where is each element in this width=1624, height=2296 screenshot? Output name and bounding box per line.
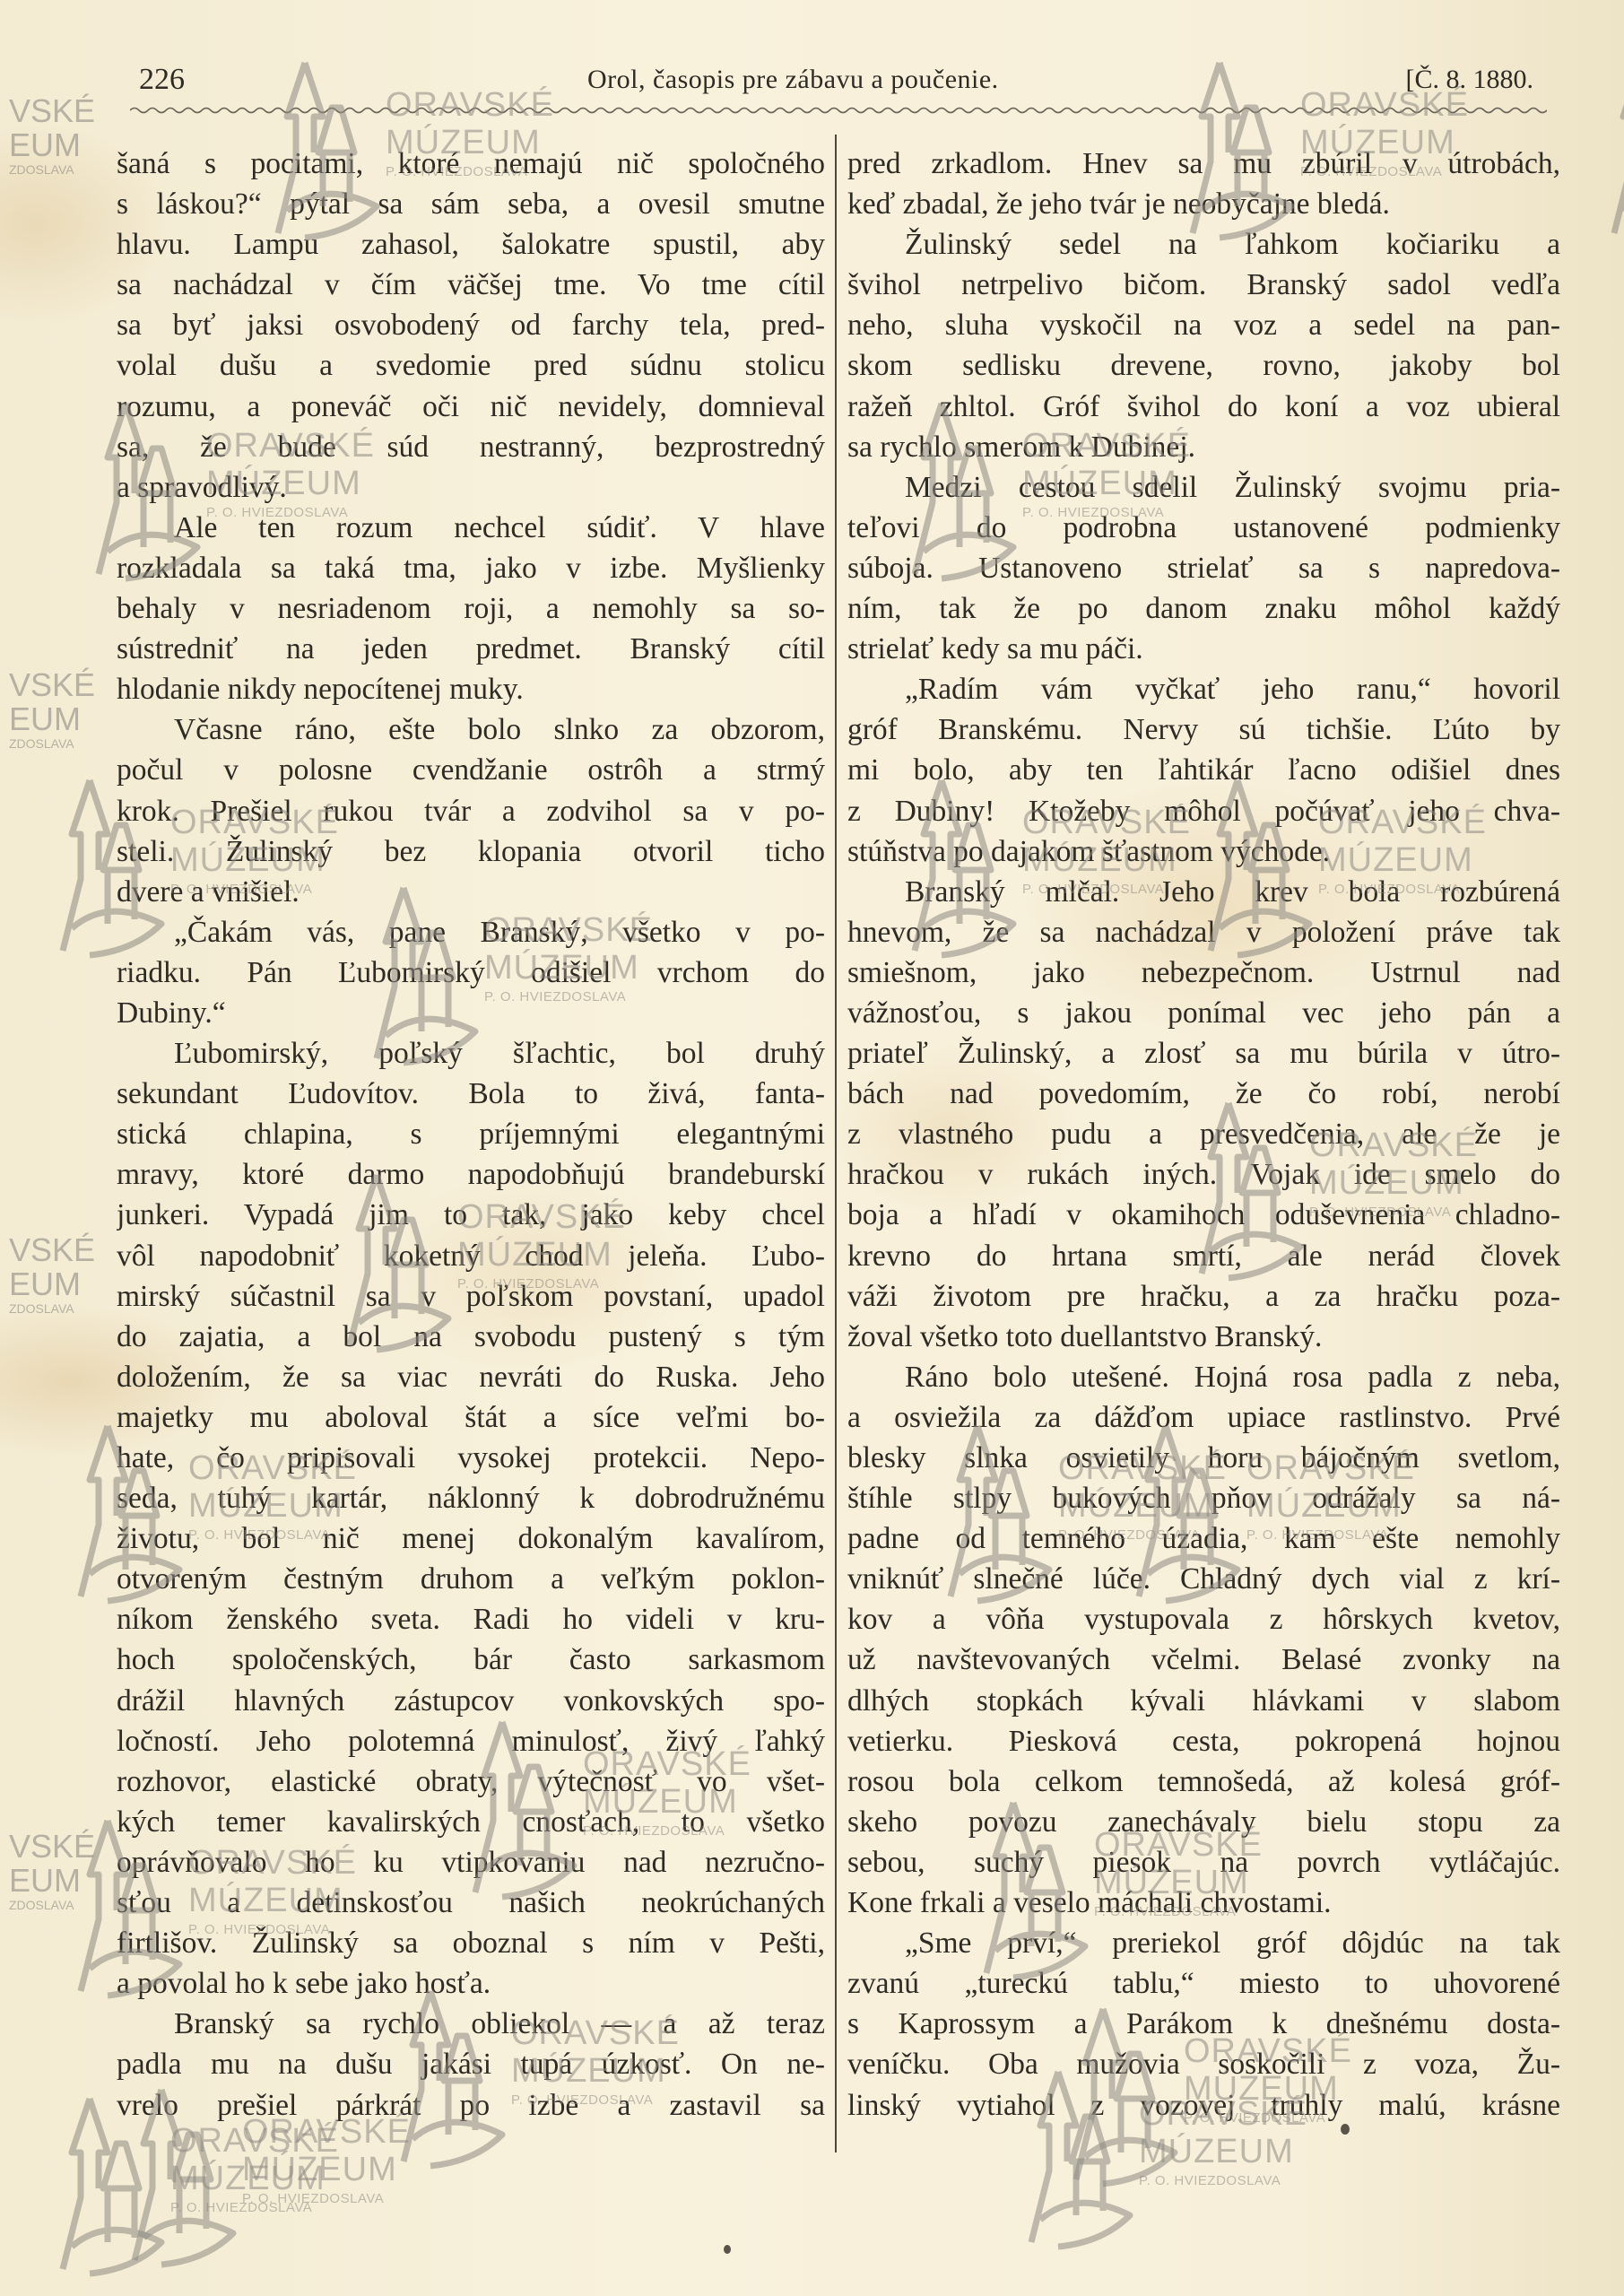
text-line: Branský sa rychlo obliekol — a až teraz [117, 2004, 825, 2044]
text-line: súboja. Ustanoveno strielať sa s napredo… [847, 548, 1560, 588]
text-line: gróf Branskému. Nervy sú tichšie. Ľúto b… [847, 709, 1560, 750]
text-line: Ráno bolo utešené. Hojná rosa padla z ne… [847, 1357, 1560, 1397]
ink-spot [724, 2245, 731, 2254]
text-line: „Radím vám vyčkať jeho ranu,“ hovoril [847, 669, 1560, 709]
text-line: padla mu na dušu jakási tupá úzkosť. On … [117, 2044, 825, 2084]
text-line: Dubiny.“ [117, 993, 825, 1033]
text-line: sekundant Ľudovítov. Bola to živá, fanta… [117, 1074, 825, 1114]
text-line: padne od temného úzadia, kam ešte nemohl… [847, 1518, 1560, 1559]
text-line: sa nachádzal v čím väčšej tme. Vo tme cí… [117, 265, 825, 305]
text-line: váži životom pre hračku, a za hračku poz… [847, 1276, 1560, 1317]
text-line: rosou bola celkom temnošedá, až kolesá g… [847, 1761, 1560, 1802]
text-line: vôl napodobniť koketný chod jeleňa. Ľubo… [117, 1236, 825, 1276]
text-column-right: pred zrkadlom. Hnev sa mu zbúril v útrob… [847, 143, 1560, 2126]
text-line: sťou a detinskosťou našich neokrúchaných [117, 1883, 825, 1923]
text-line: hate, čo pripisovali vysokej protekcii. … [117, 1438, 825, 1478]
issue-reference: [Č. 8. 1880. [1406, 65, 1534, 95]
text-line: sa byť jaksi osvobodený od farchy tela, … [117, 305, 825, 345]
text-line: žoval všetko toto duellantstvo Branský. [847, 1317, 1560, 1357]
text-line: mi bolo, aby ten ľahtikár ľacno odišiel … [847, 750, 1560, 790]
text-line: hlavu. Lampu zahasol, šalokatre spustil,… [117, 224, 825, 265]
text-line: sústredniť na jeden predmet. Branský cít… [117, 629, 825, 669]
text-line: bách nad povedomím, že čo robí, nerobí [847, 1074, 1560, 1114]
text-line: kých temer kavalirských cnosťach, to vše… [117, 1802, 825, 1842]
text-line: vniknúť slnečné lúče. Chladný dych vial … [847, 1559, 1560, 1599]
text-line: z vlastného pudu a presvedčenia, ale že … [847, 1114, 1560, 1154]
text-line: počul v polosne cvendžanie ostrôh a strm… [117, 750, 825, 790]
text-line: teľovi do podrobna ustanovené podmienky [847, 508, 1560, 548]
text-line: hračkou v rukách iných. Vojak ide smelo … [847, 1154, 1560, 1195]
text-line: Medzi cestou sdelil Žulinský svojmu pria… [847, 467, 1560, 508]
text-line: ním, tak že po danom znaku môhol každý [847, 588, 1560, 629]
text-line: a spravodlivý. [117, 467, 825, 508]
text-line: mravy, ktoré darmo napodobňujú brandebur… [117, 1154, 825, 1195]
wavy-divider [130, 106, 1547, 115]
text-line: steli. Žulinský bez klopania otvoril tic… [117, 831, 825, 872]
text-line: Žulinský sedel na ľahkom kočiariku a [847, 224, 1560, 265]
text-line: stúňstva po dajakom šťastnom východe. [847, 831, 1560, 872]
text-line: Kone frkali a veselo máchali chvostami. [847, 1883, 1560, 1923]
text-line: sebou, suchý piesok na povrch vytláčajúc… [847, 1842, 1560, 1883]
text-line: štíhle stlpy bukových pňov odrážaly sa n… [847, 1478, 1560, 1518]
text-line: vrelo prešiel párkrát po izbe a zastavil… [117, 2085, 825, 2126]
text-line: „Čakám vás, pane Branský, všetko v po- [117, 912, 825, 952]
text-line: krevno do hrtana smrtí, ale nerád človek [847, 1236, 1560, 1276]
text-line: šaná s pocitami, ktoré nemajú nič spoloč… [117, 143, 825, 184]
text-line: už navštevovaných včelmi. Belasé zvonky … [847, 1639, 1560, 1680]
text-line: rozumu, a poneváč oči nič nevidely, domn… [117, 387, 825, 427]
page-header: 226 Orol, časopis pre zábavu a poučenie.… [139, 63, 1551, 108]
text-line: krok. Prešiel rukou tvár a zodvihol sa v… [117, 791, 825, 831]
text-line: smiešnom, jako nebezpečnom. Ustrnul nad [847, 952, 1560, 993]
page-number: 226 [139, 63, 185, 97]
text-line: strielať kedy sa mu páči. [847, 629, 1560, 669]
text-line: linský vytiahol z vozovej truhly malú, k… [847, 2085, 1560, 2126]
text-line: neho, sluha vyskočil na voz a sedel na p… [847, 305, 1560, 345]
text-line: Ľubomirský, poľský šľachtic, bol druhý [117, 1033, 825, 1074]
text-line: dlhých stopkách kývali hlávkami v slabom [847, 1681, 1560, 1721]
text-line: zvanú „tureckú tablu,“ miesto to uhovore… [847, 1963, 1560, 2004]
text-line: rozkladala sa taká tma, jako v izbe. Myš… [117, 548, 825, 588]
text-line: hlodanie nikdy nepocítenej muky. [117, 669, 825, 709]
text-line: z Dubiny! Ktožeby môhol počúvať jeho chv… [847, 791, 1560, 831]
text-line: dvere a vnišiel. [117, 872, 825, 912]
text-line: mirský súčastnil sa v poľskom povstaní, … [117, 1276, 825, 1317]
text-line: blesky slnka osvietily horu bájočným sve… [847, 1438, 1560, 1478]
text-line: seda, tuhý kartár, náklonný k dobrodružn… [117, 1478, 825, 1518]
text-line: sa rychlo smerom k Dubinej. [847, 427, 1560, 467]
text-line: veníčku. Oba mužovia soskočili z voza, Ž… [847, 2044, 1560, 2084]
running-title: Orol, časopis pre zábavu a poučenie. [587, 65, 999, 95]
text-line: hnevom, že sa nachádzal v položení práve… [847, 912, 1560, 952]
text-line: keď zbadal, že jeho tvár je neobyčajne b… [847, 184, 1560, 224]
text-line: majetky mu aboloval štát a síce veľmi bo… [117, 1397, 825, 1438]
text-line: rozhovor, elastické obraty, výtečnosť vo… [117, 1761, 825, 1802]
text-line: „Sme prví,“ preriekol gróf dôjdúc na tak [847, 1923, 1560, 1963]
text-line: stická chlapina, s príjemnými elegantným… [117, 1114, 825, 1154]
text-line: ražeň zhltol. Gróf švihol do koní a voz … [847, 387, 1560, 427]
text-line: skom sedlisku drevene, rovno, jakoby bol [847, 345, 1560, 386]
text-line: s láskou?“ pýtal sa sám seba, a ovesil s… [117, 184, 825, 224]
text-line: sa, že bude súd nestranný, bezprostredný [117, 427, 825, 467]
text-line: doložením, že sa viac nevráti do Ruska. … [117, 1357, 825, 1397]
text-line: boja a hľadí v okamihoch oduševnenia chl… [847, 1195, 1560, 1235]
text-column-left: šaná s pocitami, ktoré nemajú nič spoloč… [117, 143, 825, 2126]
text-line: švihol netrpelivo bičom. Branský sadol v… [847, 265, 1560, 305]
text-line: kov a vôňa vystupovala z hôrskych kvetov… [847, 1599, 1560, 1639]
text-line: Ale ten rozum nechcel súdiť. V hlave [117, 508, 825, 548]
text-line: hoch spoločenských, bár často sarkasmom [117, 1639, 825, 1680]
text-line: Včasne ráno, ešte bolo slnko za obzorom, [117, 709, 825, 750]
column-divider [835, 135, 837, 2152]
text-line: ločností. Jeho polotemná minulosť, živý … [117, 1721, 825, 1761]
ink-spot [1341, 2124, 1350, 2135]
text-line: vetierku. Piesková cesta, pokropená hojn… [847, 1721, 1560, 1761]
text-line: a osviežila za dážďom upiace rastlinstvo… [847, 1397, 1560, 1438]
text-line: priateľ Žulinský, a zlosť sa mu búrila v… [847, 1033, 1560, 1074]
text-line: oprávňovalo ho ku vtipkovaniu nad nezruč… [117, 1842, 825, 1883]
text-line: s Kaprossym a Parákom k dnešnému dosta- [847, 2004, 1560, 2044]
text-line: a povolal ho k sebe jako hosťa. [117, 1963, 825, 2004]
text-line: otvoreným čestným druhom a veľkým poklon… [117, 1559, 825, 1599]
text-line: junkeri. Vypadá jim to tak, jako keby ch… [117, 1195, 825, 1235]
text-line: behaly v nesriadenom roji, a nemohly sa … [117, 588, 825, 629]
text-line: do zajatia, a bol na svobodu pustený s t… [117, 1317, 825, 1357]
text-line: níkom ženského sveta. Radi ho videli v k… [117, 1599, 825, 1639]
text-line: drážil hlavných zástupcov vonkovských sp… [117, 1681, 825, 1721]
text-line: firtlišov. Žulinský sa oboznal s ním v P… [117, 1923, 825, 1963]
text-line: riadku. Pán Ľubomirský odišiel vrchom do [117, 952, 825, 993]
text-line: Branský mlčal. Jeho krev bola rozbúrená [847, 872, 1560, 912]
text-line: vážnosťou, s jakou ponímal vec jeho pán … [847, 993, 1560, 1033]
text-line: skeho povozu zanechávaly bielu stopu za [847, 1802, 1560, 1842]
text-line: pred zrkadlom. Hnev sa mu zbúril v útrob… [847, 143, 1560, 184]
text-line: životu, bol nič menej dokonalým kavalíro… [117, 1518, 825, 1559]
text-line: volal dušu a svedomie pred súdnu stolicu [117, 345, 825, 386]
